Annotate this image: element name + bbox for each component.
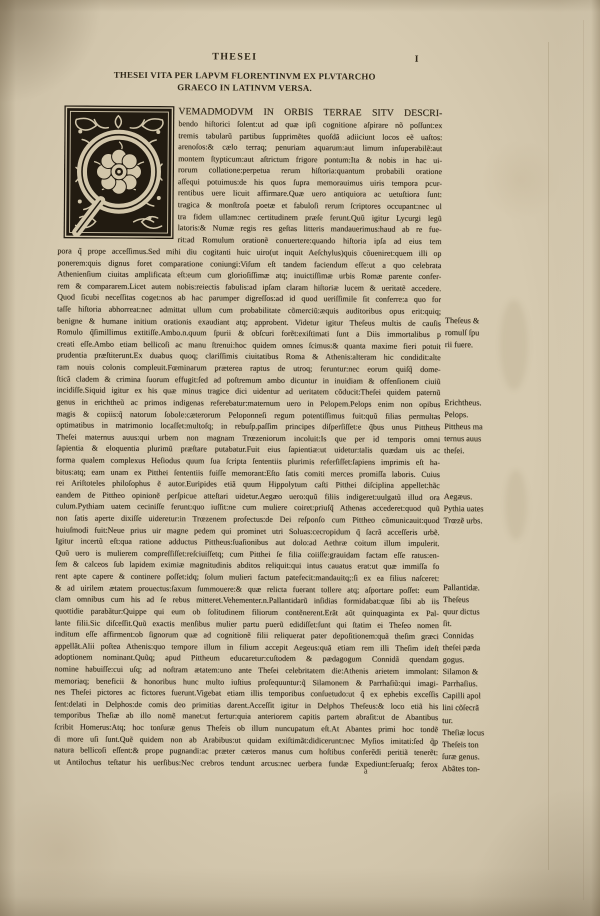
margin-note-line: gogus. (443, 654, 513, 667)
folio-number: I (415, 55, 419, 65)
drop-cap-q-icon (64, 105, 175, 239)
opening-lines: VEMADMODVM IN ORBIS TERRAE SITV DESCRI-b… (177, 105, 442, 247)
signature-mark: a (356, 765, 376, 775)
page-crease (548, 42, 549, 870)
running-title: THESEI (212, 51, 257, 62)
margin-note-line: Abãtes ton- (442, 763, 512, 776)
margin-note-line: Pelops. (444, 409, 514, 422)
title-line-2: GRAECO IN LATINVM VERSA. (59, 81, 431, 96)
chapter-title: THESEI VITA PER LAPVM FLORENTINVM EX PLV… (59, 68, 431, 95)
margin-note-group: Erichtheus.Pelops.Pittheus maternus auus… (444, 397, 514, 458)
body-text: pora q̃ prope acceſſimus.Sed mihi diu co… (54, 245, 442, 770)
margin-note-line: Silamon & (442, 666, 512, 679)
scanned-book-photo: { "page": { "running_title": "THESEI", "… (0, 0, 600, 916)
margin-note-line: Erichtheus. (444, 397, 514, 410)
margin-note-line: ternus auus (444, 433, 514, 446)
margin-note-line: Pittheus ma (444, 421, 514, 434)
margin-note-line: Capilli apol (442, 690, 512, 703)
margin-note-line: theſei. (444, 445, 514, 458)
margin-note-group: Aegæus.Pythia uatesTrœzẽ urbs. (444, 491, 514, 528)
running-head: THESEI (59, 50, 411, 63)
margin-note-line: Theſiæ locus (442, 727, 512, 740)
margin-note-line: ſuræ genus. (442, 751, 512, 764)
text-line: rit:ad Romulum orationẽ conuertere:quand… (177, 234, 441, 247)
page-edge (583, 20, 584, 900)
ink-smudge (505, 470, 527, 540)
margin-notes: Theſeus &romulſ ſpurii fuere.Erichtheus.… (441, 1, 517, 916)
margin-note-line: lini cõſecrã (442, 702, 512, 715)
margin-note-line: tur. (442, 715, 512, 728)
margin-note-line: quur dictus (443, 606, 513, 619)
margin-note-line: Pythia uates (444, 503, 514, 516)
margin-note-line: Connidas (443, 630, 513, 643)
margin-note-line: theſei pæda (443, 642, 513, 655)
margin-note-line: Pallantidæ. (443, 582, 513, 595)
margin-note-line: Aegæus. (444, 491, 514, 504)
drop-cap-q-woodcut (64, 105, 175, 239)
text-line: ut Antilochus teſtatur his uerſibus:Nec … (54, 756, 438, 770)
margin-note-line: Trœzẽ urbs. (444, 515, 514, 528)
book-page: THESEI I THESEI VITA PER LAPVM FLORENTIN… (0, 0, 600, 916)
margin-note-line: Theſeis ton (442, 739, 512, 752)
margin-note-group: Pallantidæ.Theſeusquur dictusſit.Connida… (442, 582, 513, 775)
margin-note-line: ſit. (443, 618, 513, 631)
margin-note-line: Theſeus (443, 594, 513, 607)
margin-note-line: Parrhaſius. (442, 678, 512, 691)
ink-smudge (500, 300, 528, 390)
